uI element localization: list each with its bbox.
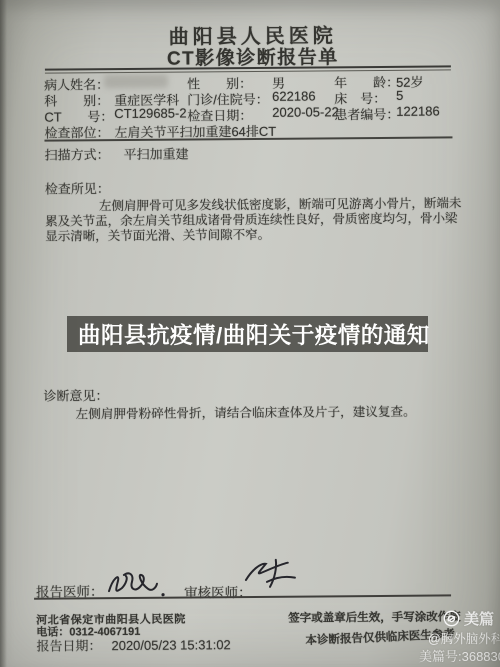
meipian-brand-text: 美篇 — [464, 608, 494, 629]
meipian-account-watermark: @胸外脑外科 — [428, 629, 500, 647]
report-date-label: 报告日期： — [36, 638, 101, 654]
ct-no-value: CT129685-2 — [114, 105, 186, 121]
review-doctor-signature — [243, 557, 309, 592]
diagnosis-text: 左侧肩胛骨粉碎性骨折，请结合临床查体及片子，建议复查。 — [76, 401, 416, 423]
patient-name-redacted — [104, 75, 168, 89]
overlay-caption-banner: 曲阳县抗疫情/曲阳关于疫情的通知 — [67, 316, 428, 352]
photo-background: 曲阳县人民医院 CT影像诊断报告单 病人姓名： 性 别： 男 年 龄： 52岁 … — [0, 0, 500, 667]
diagnosis-label: 诊断意见： — [43, 385, 108, 405]
meipian-logo-icon — [443, 610, 460, 627]
footer-report-date-row: 报告日期：2020/05/23 15:31:02 — [36, 634, 230, 655]
scan-mode-row: 扫描方式：平扫加重建 — [45, 143, 189, 163]
meipian-brand-watermark: 美篇 — [443, 608, 494, 629]
overlay-caption-text: 曲阳县抗疫情/曲阳关于疫情的通知 — [78, 318, 430, 350]
patient-id-value: 122186 — [396, 104, 440, 119]
report-date-value: 2020/05/23 15:31:02 — [111, 637, 230, 653]
scan-mode-label: 扫描方式： — [45, 147, 110, 163]
meipian-uid-watermark: 美篇号:36883070 — [419, 646, 500, 665]
scan-mode-value: 平扫加重建 — [124, 146, 189, 162]
bed-no-value: 5 — [396, 88, 403, 103]
admission-no-value: 622186 — [272, 88, 316, 103]
footer-note-validity: 签字或盖章后生效，手写涂改作废 — [288, 608, 461, 625]
findings-line-3: 显示清晰，关节面光滑、关节间隙不窄。 — [45, 224, 270, 245]
review-doctor-label: 审核医师： — [184, 581, 252, 602]
exam-date-value: 2020-05-22 — [272, 104, 339, 120]
